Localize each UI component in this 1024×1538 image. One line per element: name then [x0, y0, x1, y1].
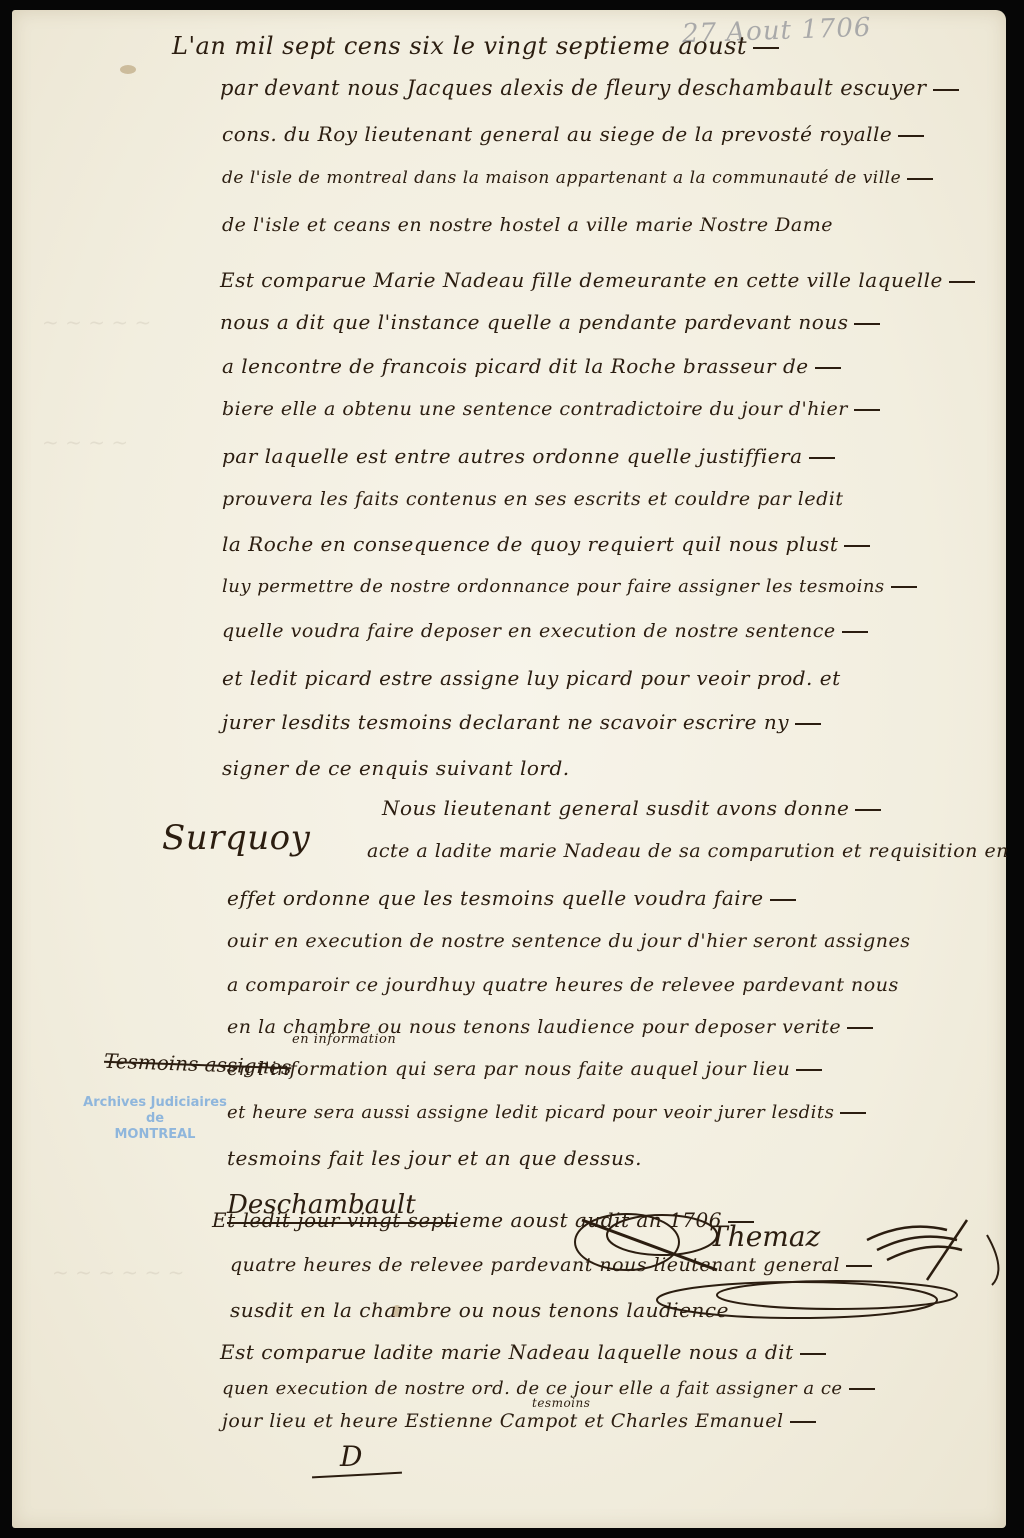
line-filler-dash: [800, 1353, 826, 1355]
text-fragment: Est comparue ladite marie Nadeau laquell…: [220, 1340, 794, 1364]
text-line: tesmoins fait les jour et an que dessus.: [227, 1146, 642, 1170]
text-line: la Roche en consequence de quoy requiert…: [222, 532, 870, 556]
text-line: Nous lieutenant general susdit avons don…: [382, 796, 881, 820]
line-filler-dash: [728, 1221, 754, 1223]
text-fragment: de l'isle et ceans en nostre hostel a vi…: [222, 214, 833, 236]
closing-paraph: D: [340, 1440, 362, 1473]
text-line: luy permettre de nostre ordonnance pour …: [222, 576, 917, 597]
text-line: acte a ladite marie Nadeau de sa comparu…: [227, 840, 1009, 862]
text-line: L'an mil sept cens six le vingt septieme…: [172, 32, 779, 60]
text-fragment: de: [70, 1111, 240, 1127]
text-line: quatre heures de relevee pardevant nous …: [230, 1254, 872, 1276]
line-filler-dash: [770, 899, 796, 901]
text-fragment: cons. du Roy lieutenant general au siege…: [222, 122, 892, 146]
text-fragment: par laquelle est entre autres ordonne qu…: [222, 444, 803, 468]
text-line: quelle voudra faire deposer en execution…: [222, 620, 868, 642]
line-filler-dash: [796, 1069, 822, 1071]
text-line: Est comparue Marie Nadeau fille demeuran…: [220, 268, 975, 292]
line-filler-dash: [840, 1112, 866, 1114]
text-fragment: susdit en la chambre ou nous tenons laud…: [230, 1298, 729, 1322]
text-fragment: Est comparue Marie Nadeau fille demeuran…: [220, 268, 943, 292]
text-fragment: jour lieu et heure Estienne Campot et Ch…: [222, 1410, 784, 1432]
text-fragment: luy permettre de nostre ordonnance pour …: [222, 576, 885, 597]
text-line: signer de ce enquis suivant lord.: [222, 756, 570, 780]
text-line: a comparoir ce jourdhuy quatre heures de…: [227, 974, 899, 996]
line-filler-dash: [844, 545, 870, 547]
margin-note-struck: Tesmoins assignes: [104, 1049, 292, 1080]
line-filler-dash: [854, 409, 880, 411]
line-filler-dash: [907, 178, 933, 180]
text-fragment: Nous lieutenant general susdit avons don…: [382, 796, 849, 820]
line-filler-dash: [855, 809, 881, 811]
line-filler-dash: [795, 723, 821, 725]
text-fragment: nous a dit que l'instance quelle a penda…: [220, 310, 848, 334]
text-fragment: de l'isle de montreal dans la maison app…: [222, 168, 901, 188]
text-fragment: par devant nous Jacques alexis de fleury…: [220, 76, 927, 100]
line-filler-dash: [790, 1421, 816, 1423]
text-fragment: et ledit picard estre assigne luy picard…: [222, 666, 841, 690]
archive-stamp: Archives Judiciaires de MONTREAL: [70, 1095, 240, 1143]
text-line: nous a dit que l'instance quelle a penda…: [220, 310, 880, 334]
line-filler-dash: [815, 367, 841, 369]
text-line: en l'information qui sera par nous faite…: [227, 1058, 822, 1080]
text-fragment: acte a ladite marie Nadeau de sa comparu…: [367, 840, 1009, 862]
text-line: prouvera les faits contenus en ses escri…: [222, 488, 843, 510]
text-fragment: Archives Judiciaires: [70, 1095, 240, 1111]
line-filler-dash: [854, 323, 880, 325]
line-filler-dash: [809, 457, 835, 459]
text-line: par laquelle est entre autres ordonne qu…: [222, 444, 835, 468]
bleed-through-text: ~ ~ ~ ~ ~: [42, 310, 151, 334]
text-fragment: et heure sera aussi assigne ledit picard…: [227, 1102, 834, 1123]
text-line: biere elle a obtenu une sentence contrad…: [222, 398, 880, 420]
text-fragment: biere elle a obtenu une sentence contrad…: [222, 398, 848, 420]
interlinear-correction: en information: [292, 1032, 396, 1047]
text-line: de l'isle et ceans en nostre hostel a vi…: [222, 214, 833, 236]
text-fragment: L'an mil sept cens six le vingt septieme…: [172, 32, 747, 60]
line-filler-dash: [847, 1027, 873, 1029]
text-line: jour lieu et heure Estienne Campot et Ch…: [222, 1410, 816, 1432]
line-filler-dash: [933, 89, 959, 91]
text-fragment: ouir en execution de nostre sentence du …: [227, 930, 910, 952]
text-line: cons. du Roy lieutenant general au siege…: [222, 122, 924, 146]
text-fragment: tesmoins fait les jour et an que dessus.: [227, 1146, 642, 1170]
text-fragment: effet ordonne que les tesmoins quelle vo…: [227, 886, 764, 910]
text-line: ouir en execution de nostre sentence du …: [227, 930, 910, 952]
interlinear-correction: tesmoins: [532, 1396, 590, 1410]
text-line: Est comparue ladite marie Nadeau laquell…: [220, 1340, 826, 1364]
bleed-through-text: ~ ~ ~ ~ ~ ~: [52, 1260, 184, 1284]
text-line: susdit en la chambre ou nous tenons laud…: [230, 1298, 729, 1322]
line-filler-dash: [849, 1388, 875, 1390]
text-fragment: quatre heures de relevee pardevant nous …: [230, 1254, 840, 1276]
manuscript-page: ~ ~ ~ ~ ~ ~ ~ ~ ~ ~ ~ ~ ~ ~ ~ 27 Aout 17…: [12, 10, 1006, 1528]
text-line: Et ledit jour vingt septieme aoust audit…: [212, 1208, 754, 1232]
line-filler-dash: [753, 47, 779, 49]
text-line: a lencontre de francois picard dit la Ro…: [222, 354, 841, 378]
text-fragment: quelle voudra faire deposer en execution…: [222, 620, 836, 642]
text-fragment: en l'information qui sera par nous faite…: [227, 1058, 790, 1080]
text-line: et ledit picard estre assigne luy picard…: [222, 666, 841, 690]
line-filler-dash: [842, 631, 868, 633]
line-filler-dash: [898, 135, 924, 137]
line-filler-dash: [891, 586, 917, 588]
text-fragment: a comparoir ce jourdhuy quatre heures de…: [227, 974, 899, 996]
bleed-through-text: ~ ~ ~ ~: [42, 430, 128, 454]
paper-stain: [120, 65, 136, 74]
text-fragment: MONTREAL: [70, 1127, 240, 1143]
text-fragment: Et ledit jour vingt septieme aoust audit…: [212, 1208, 722, 1232]
text-line: jurer lesdits tesmoins declarant ne scav…: [222, 710, 821, 734]
text-fragment: la Roche en consequence de quoy requiert…: [222, 532, 838, 556]
text-line: de l'isle de montreal dans la maison app…: [222, 168, 933, 188]
text-fragment: prouvera les faits contenus en ses escri…: [222, 488, 843, 510]
text-fragment: jurer lesdits tesmoins declarant ne scav…: [222, 710, 789, 734]
text-line: effet ordonne que les tesmoins quelle vo…: [227, 886, 796, 910]
line-filler-dash: [949, 281, 975, 283]
text-fragment: signer de ce enquis suivant lord.: [222, 756, 570, 780]
line-filler-dash: [846, 1265, 872, 1267]
text-fragment: a lencontre de francois picard dit la Ro…: [222, 354, 809, 378]
text-line: et heure sera aussi assigne ledit picard…: [227, 1102, 866, 1123]
text-line: par devant nous Jacques alexis de fleury…: [220, 76, 959, 100]
